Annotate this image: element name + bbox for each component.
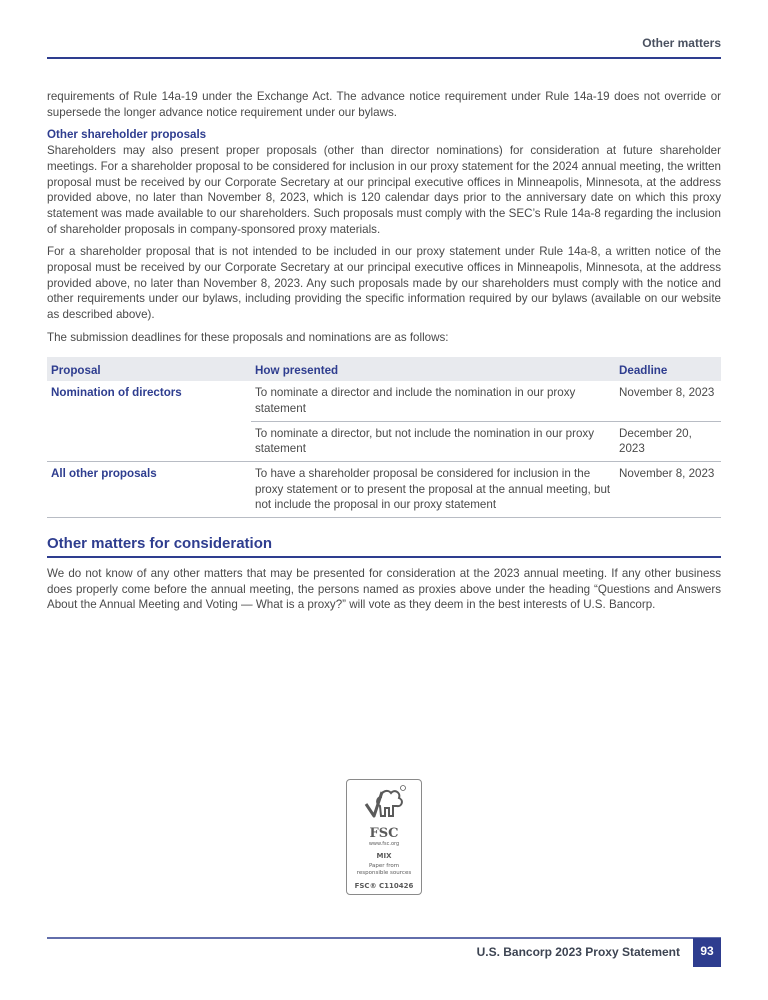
- deadline-cell: November 8, 2023: [615, 381, 721, 421]
- fsc-tree-check-icon: [360, 784, 408, 824]
- column-header: Deadline: [615, 357, 721, 382]
- table-row: All other proposals To have a shareholde…: [47, 462, 721, 518]
- deadline-cell: December 20, 2023: [615, 421, 721, 461]
- column-header: Proposal: [47, 357, 251, 382]
- proposal-cell: All other proposals: [47, 462, 251, 518]
- running-head: Other matters: [642, 36, 721, 50]
- body-paragraph: We do not know of any other matters that…: [47, 566, 721, 613]
- fsc-url: www.fsc.org: [347, 840, 421, 848]
- fsc-code: FSC® C110426: [347, 882, 421, 890]
- table-header-row: Proposal How presented Deadline: [47, 357, 721, 382]
- footer-rule: [47, 937, 721, 939]
- proposal-cell: Nomination of directors: [47, 381, 251, 421]
- body-paragraph: Shareholders may also present proper pro…: [47, 143, 721, 237]
- how-presented-cell: To have a shareholder proposal be consid…: [251, 462, 615, 518]
- proposal-cell: [47, 421, 251, 461]
- fsc-brand: FSC: [347, 828, 421, 840]
- footer-publication-title: U.S. Bancorp 2023 Proxy Statement: [477, 945, 680, 959]
- table-row: To nominate a director, but not include …: [47, 421, 721, 461]
- table-row: Nomination of directors To nominate a di…: [47, 381, 721, 421]
- intro-paragraph: requirements of Rule 14a-19 under the Ex…: [47, 89, 721, 120]
- page-number: 93: [693, 938, 721, 967]
- deadline-cell: November 8, 2023: [615, 462, 721, 518]
- header-rule: [47, 57, 721, 59]
- how-presented-cell: To nominate a director and include the n…: [251, 381, 615, 421]
- fsc-description-line: Paper from: [347, 863, 421, 870]
- fsc-label: MIX: [347, 851, 421, 861]
- page-content: requirements of Rule 14a-19 under the Ex…: [47, 89, 721, 620]
- fsc-logo: FSC www.fsc.org MIX Paper from responsib…: [346, 779, 422, 895]
- section-heading: Other matters for consideration: [47, 536, 721, 558]
- fsc-description-line: responsible sources: [347, 870, 421, 877]
- subsection-heading: Other shareholder proposals: [47, 127, 721, 143]
- column-header: How presented: [251, 357, 615, 382]
- body-paragraph: The submission deadlines for these propo…: [47, 330, 721, 346]
- deadlines-table: Proposal How presented Deadline Nominati…: [47, 357, 721, 519]
- fsc-description: Paper from responsible sources: [347, 863, 421, 877]
- how-presented-cell: To nominate a director, but not include …: [251, 421, 615, 461]
- body-paragraph: For a shareholder proposal that is not i…: [47, 244, 721, 323]
